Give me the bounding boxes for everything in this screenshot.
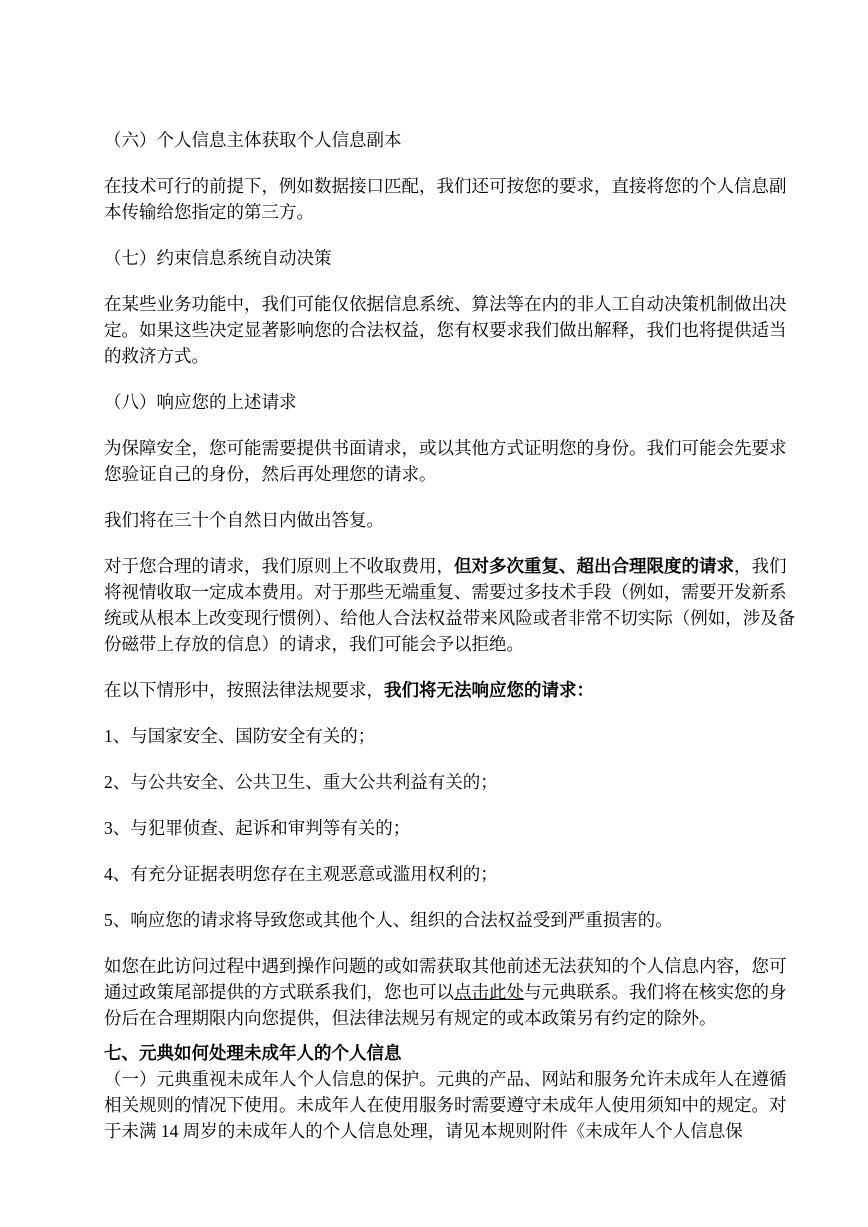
section-6-subheading: （六）个人信息主体获取个人信息副本 xyxy=(104,127,798,153)
text-run: 在以下情形中，按照法律法规要求， xyxy=(104,680,384,700)
text-run: 1、与国家安全、国防安全有关的； xyxy=(104,726,375,746)
text-run: （六）个人信息主体获取个人信息副本 xyxy=(104,130,402,150)
fees-paragraph: 对于您合理的请求，我们原则上不收取费用，但对多次重复、超出合理限度的请求，我们将… xyxy=(104,553,798,657)
text-run: 5、响应您的请求将导致您或其他个人、组织的合法权益受到严重损害的。 xyxy=(104,910,673,930)
text-run: 我们将在三十个自然日内做出答复。 xyxy=(104,510,384,530)
list-item-1: 1、与国家安全、国防安全有关的； xyxy=(104,723,798,749)
bold-text-run: 我们将无法响应您的请求： xyxy=(384,680,594,700)
bold-text-run: 七、元典如何处理未成年人的个人信息 xyxy=(104,1043,402,1063)
list-item-2: 2、与公共安全、公共卫生、重大公共利益有关的； xyxy=(104,769,798,795)
contact-paragraph: 如您在此访问过程中遇到操作问题的或如需获取其他前述无法获知的个人信息内容，您可通… xyxy=(104,953,798,1031)
text-run: （八）响应您的上述请求 xyxy=(104,392,297,412)
identity-verification-paragraph: 为保障安全，您可能需要提供书面请求，或以其他方式证明您的身份。我们可能会先要求您… xyxy=(104,435,798,487)
bold-text-run: 但对多次重复、超出合理限度的请求 xyxy=(454,556,734,576)
no-response-intro-paragraph: 在以下情形中，按照法律法规要求，我们将无法响应您的请求： xyxy=(104,677,798,703)
section-8-subheading: （八）响应您的上述请求 xyxy=(104,389,798,415)
text-run: 4、有充分证据表明您存在主观恶意或滥用权利的； xyxy=(104,864,498,884)
minors-section-heading: 七、元典如何处理未成年人的个人信息 xyxy=(104,1040,798,1066)
list-item-3: 3、与犯罪侦查、起诉和审判等有关的； xyxy=(104,815,798,841)
section-7-paragraph: 在某些业务功能中，我们可能仅依据信息系统、算法等在内的非人工自动决策机制做出决定… xyxy=(104,291,798,369)
section-6-paragraph: 在技术可行的前提下，例如数据接口匹配，我们还可按您的要求，直接将您的个人信息副本… xyxy=(104,173,798,225)
document-page: （六）个人信息主体获取个人信息副本在技术可行的前提下，例如数据接口匹配，我们还可… xyxy=(0,0,868,1227)
document-content: （六）个人信息主体获取个人信息副本在技术可行的前提下，例如数据接口匹配，我们还可… xyxy=(104,127,798,1144)
text-run: 在技术可行的前提下，例如数据接口匹配，我们还可按您的要求，直接将您的个人信息副本… xyxy=(104,176,787,222)
reply-time-paragraph: 我们将在三十个自然日内做出答复。 xyxy=(104,507,798,533)
text-run: 2、与公共安全、公共卫生、重大公共利益有关的； xyxy=(104,772,498,792)
section-7-subheading: （七）约束信息系统自动决策 xyxy=(104,245,798,271)
text-run: 为保障安全，您可能需要提供书面请求，或以其他方式证明您的身份。我们可能会先要求您… xyxy=(104,438,787,484)
click-here-link[interactable]: 点击此处 xyxy=(454,982,524,1002)
text-run: 对于您合理的请求，我们原则上不收取费用， xyxy=(104,556,454,576)
text-run: 在某些业务功能中，我们可能仅依据信息系统、算法等在内的非人工自动决策机制做出决定… xyxy=(104,294,787,366)
minors-paragraph: （一）元典重视未成年人个人信息的保护。元典的产品、网站和服务允许未成年人在遵循相… xyxy=(104,1066,798,1144)
text-run: 3、与犯罪侦查、起诉和审判等有关的； xyxy=(104,818,410,838)
list-item-5: 5、响应您的请求将导致您或其他个人、组织的合法权益受到严重损害的。 xyxy=(104,907,798,933)
list-item-4: 4、有充分证据表明您存在主观恶意或滥用权利的； xyxy=(104,861,798,887)
text-run: （一）元典重视未成年人个人信息的保护。元典的产品、网站和服务允许未成年人在遵循相… xyxy=(104,1069,787,1141)
text-run: （七）约束信息系统自动决策 xyxy=(104,248,332,268)
